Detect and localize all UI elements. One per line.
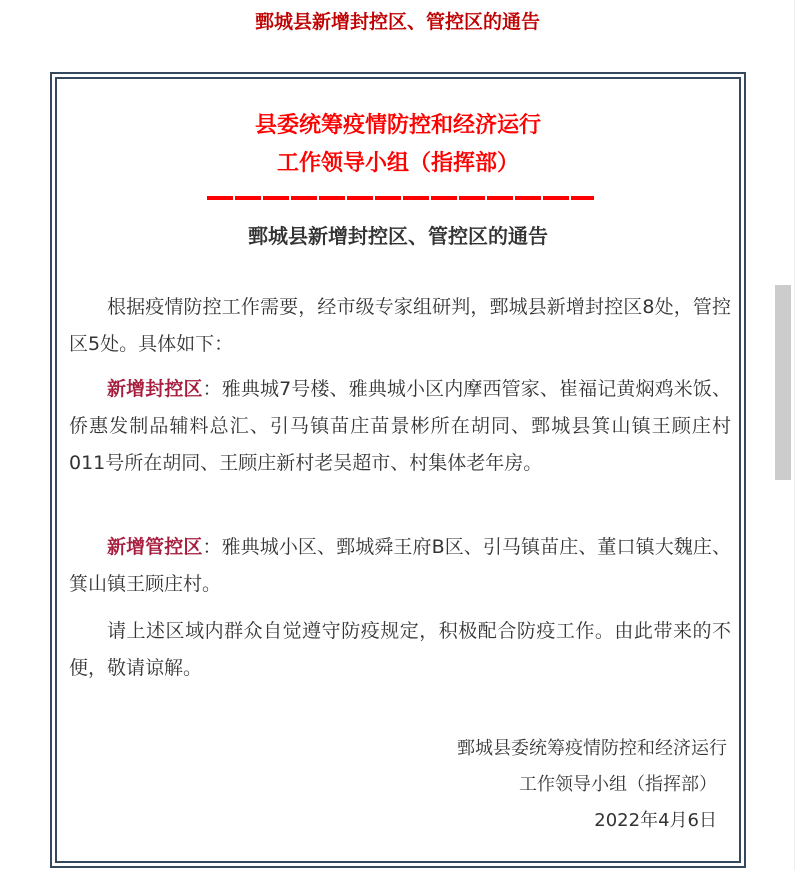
paragraph-lockdown-zones: 新增封控区：雅典城7号楼、雅典城小区内摩西管家、崔福记黄焖鸡米饭、侨惠发制品辅料… (69, 371, 731, 482)
notice-title: 鄄城县新增封控区、管控区的通告 (57, 221, 739, 251)
signature-org-line1: 鄄城县委统筹疫情防控和经济运行 (457, 731, 727, 767)
paragraph-intro-text: 根据疫情防控工作需要，经市级专家组研判，鄄城县新增封控区8处，管控区5处。具体如… (69, 296, 731, 355)
page-title: 鄄城县新增封控区、管控区的通告 (0, 8, 795, 36)
notice-frame-inner: 县委统筹疫情防控和经济运行 工作领导小组（指挥部） 鄄城县新增封控区、管控区的通… (55, 77, 741, 863)
scrollbar-thumb[interactable] (775, 285, 791, 480)
notice-frame: 县委统筹疫情防控和经济运行 工作领导小组（指挥部） 鄄城县新增封控区、管控区的通… (50, 72, 746, 868)
control-zones-separator: ： (202, 536, 221, 558)
control-zones-label: 新增管控区 (107, 536, 202, 558)
lockdown-zones-label: 新增封控区 (107, 378, 203, 400)
lockdown-zones-separator: ： (203, 378, 222, 400)
issuer-headline-line2: 工作领导小组（指挥部） (57, 145, 739, 183)
signature-date: 2022年4月6日 (594, 803, 717, 839)
paragraph-control-zones: 新增管控区：雅典城小区、鄄城舜王府B区、引马镇苗庄、董口镇大魏庄、箕山镇王顾庄村… (69, 529, 731, 603)
red-divider (207, 196, 594, 200)
paragraph-closing: 请上述区域内群众自觉遵守防疫规定，积极配合防疫工作。由此带来的不便，敬请谅解。 (69, 613, 731, 687)
issuer-headline-line1: 县委统筹疫情防控和经济运行 (57, 107, 739, 145)
signature-org-line2: 工作领导小组（指挥部） (519, 767, 717, 803)
paragraph-intro: 根据疫情防控工作需要，经市级专家组研判，鄄城县新增封控区8处，管控区5处。具体如… (69, 289, 731, 363)
paragraph-closing-text: 请上述区域内群众自觉遵守防疫规定，积极配合防疫工作。由此带来的不便，敬请谅解。 (69, 620, 731, 679)
